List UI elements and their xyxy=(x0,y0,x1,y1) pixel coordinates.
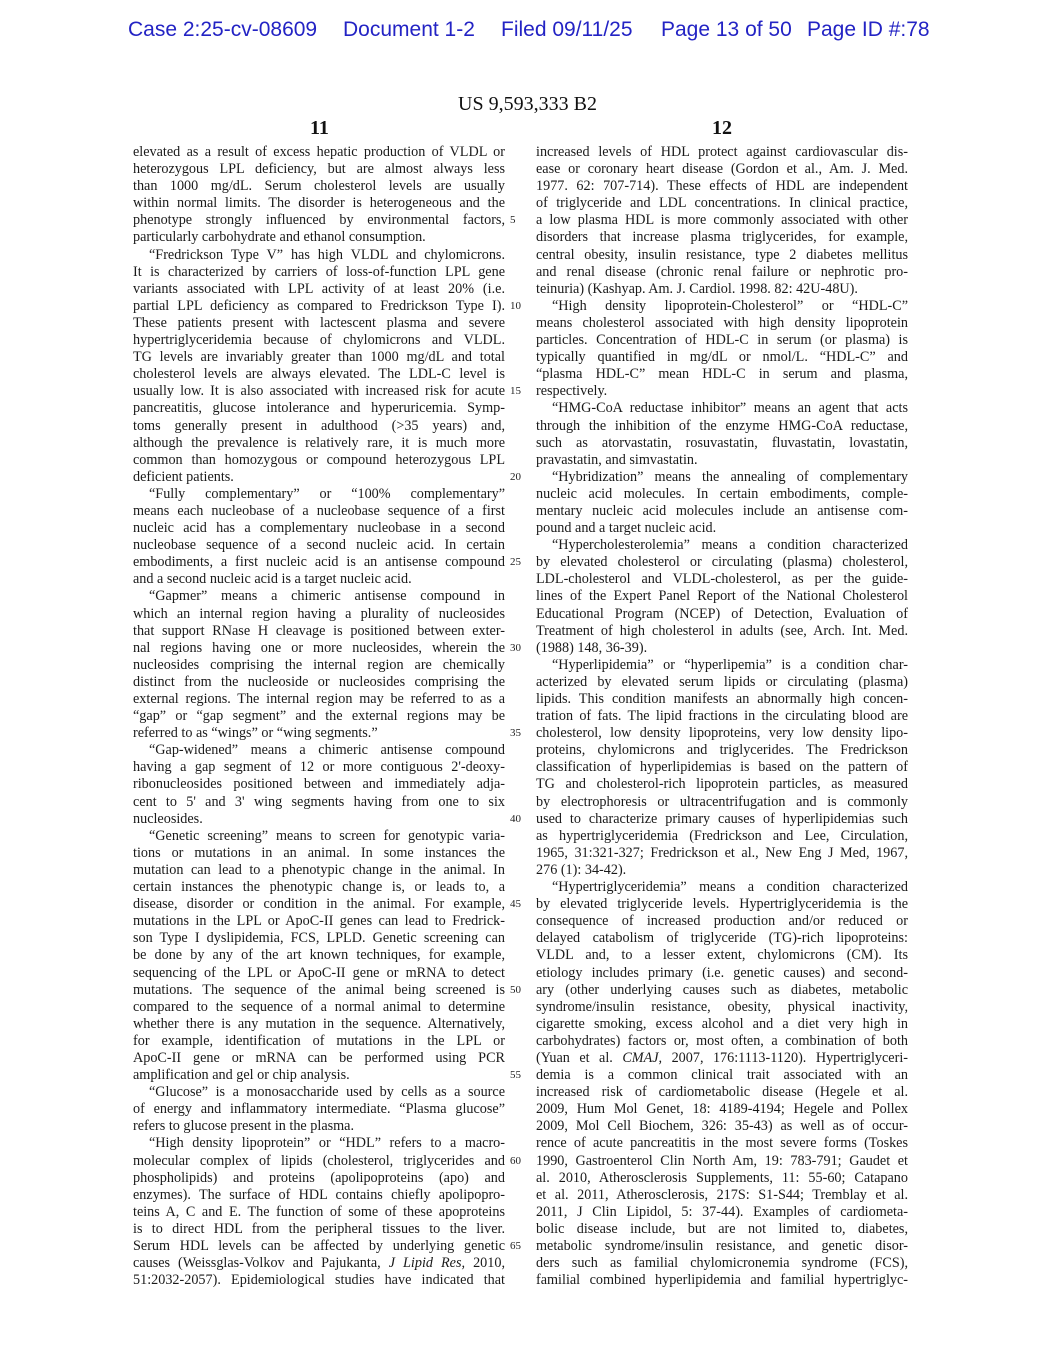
line-number: 40 xyxy=(510,813,521,825)
line-number: 45 xyxy=(510,898,521,910)
text-line: son Type I dyslipidemia, FCS, LPLD. Gene… xyxy=(133,930,505,947)
text-line: referred to as “wings” or “wing segments… xyxy=(133,725,505,742)
text-line: “High density lipoprotein-Cholesterol” o… xyxy=(536,298,908,315)
text-line: disorders that increase plasma triglycer… xyxy=(536,229,908,246)
text-line: molecular complex of lipids (cholesterol… xyxy=(133,1153,505,1170)
text-line: hypertriglyceridemia because of chylomic… xyxy=(133,332,505,349)
text-line: TG and cholesterol-rich lipoprotein part… xyxy=(536,776,908,793)
text-line: and renal disease (chronic renal failure… xyxy=(536,264,908,281)
text-line: teins A, C and E. The function of some o… xyxy=(133,1204,505,1221)
text-line: ribonucleosides positioned between and i… xyxy=(133,776,505,793)
text-line: delayed catabolism of triglyceride (TG)-… xyxy=(536,930,908,947)
text-line: 1977. 62: 707-714). These effects of HDL… xyxy=(536,178,908,195)
text-line: 1990, Gastroenterol Clin North Am, 19: 7… xyxy=(536,1153,908,1170)
text-line: et al. 2011, Atherosclerosis, 217S: S1-S… xyxy=(536,1187,908,1204)
text-line: disease, disorder or condition in the an… xyxy=(133,896,505,913)
text-line: mentary nucleic acid molecules include a… xyxy=(536,503,908,520)
text-line: mutations in the LPL or ApoC-II genes ca… xyxy=(133,913,505,930)
text-line: certain instances the phenotypic change … xyxy=(133,879,505,896)
text-line: “Fully complementary” or “100% complemen… xyxy=(133,486,505,503)
text-line: “Glucose” is a monosaccharide used by ce… xyxy=(133,1084,505,1101)
text-line: Treatment of high cholesterol in adults … xyxy=(536,623,908,640)
text-line: VLDL and, to a lesser extent, chylomicro… xyxy=(536,947,908,964)
text-line: syndrome/insulin resistance, obesity, ph… xyxy=(536,999,908,1016)
text-line: ease or coronary heart disease (Gordon e… xyxy=(536,161,908,178)
text-line: cigarette smoking, excess alcohol and a … xyxy=(536,1016,908,1033)
line-number: 5 xyxy=(510,214,516,226)
line-number: 20 xyxy=(510,471,521,483)
text-line: than 1000 mg/dL. Serum cholesterol level… xyxy=(133,178,505,195)
text-line: variants associated with LPL activity of… xyxy=(133,281,505,298)
text-line: by elevated cholesterol or circulating (… xyxy=(536,554,908,571)
text-line: lipids. This condition manifests an abno… xyxy=(536,691,908,708)
text-line: particles. Concentration of HDL-C in ser… xyxy=(536,332,908,349)
text-line: “HMG-CoA reductase inhibitor” means an a… xyxy=(536,400,908,417)
text-line: elevated as a result of excess hepatic p… xyxy=(133,144,505,161)
text-line: consequence of increased production and/… xyxy=(536,913,908,930)
text-line: external regions. The internal region ma… xyxy=(133,691,505,708)
text-line: such as atorvastatin, rosuvastatin, fluv… xyxy=(536,435,908,452)
text-line: ApoC-II gene or mRNA can be performed us… xyxy=(133,1050,505,1067)
text-line: proteins, chylomicrons and triglycerides… xyxy=(536,742,908,759)
text-line: pancreatitis, glucose intolerance and hy… xyxy=(133,400,505,417)
text-line: means each nucleobase of a nucleobase se… xyxy=(133,503,505,520)
text-line: a low plasma HDL is more commonly associ… xyxy=(536,212,908,229)
text-line: common than homozygous or compound heter… xyxy=(133,452,505,469)
text-line: etiology includes primary (i.e. genetic … xyxy=(536,965,908,982)
text-line: sequencing of the LPL or ApoC-II gene or… xyxy=(133,965,505,982)
text-line: mutations. The sequence of the animal be… xyxy=(133,982,505,999)
text-line: (Yuan et al. CMAJ, 2007, 176:1113-1120).… xyxy=(536,1050,908,1067)
text-line: familial combined hyperlipidemia and fam… xyxy=(536,1272,908,1289)
text-line: increased levels of HDL protect against … xyxy=(536,144,908,161)
text-line: “Hypercholesterolemia” means a condition… xyxy=(536,537,908,554)
text-line: is to direct HDL from the peripheral tis… xyxy=(133,1221,505,1238)
text-line: “Genetic screening” means to screen for … xyxy=(133,828,505,845)
filed-date: Filed 09/11/25 xyxy=(501,18,633,42)
line-number: 60 xyxy=(510,1155,521,1167)
text-line: LDL-cholesterol and VLDL-cholesterol, as… xyxy=(536,571,908,588)
text-line: teinuria) (Kashyap. Am. J. Cardiol. 1998… xyxy=(536,281,908,298)
text-line: It is characterized by carriers of loss-… xyxy=(133,264,505,281)
text-line: TG levels are invariably greater than 10… xyxy=(133,349,505,366)
line-number: 55 xyxy=(510,1069,521,1081)
text-line: compared to the sequence of a normal ani… xyxy=(133,999,505,1016)
text-line: demia is a common clinical trait associa… xyxy=(536,1067,908,1084)
text-line: mutation can lead to a phenotypic change… xyxy=(133,862,505,879)
line-number: 50 xyxy=(510,984,521,996)
text-line: phenotype strongly influenced by environ… xyxy=(133,212,505,229)
text-line: cholesterol, low density lipoproteins, v… xyxy=(536,725,908,742)
text-line: through the inhibition of the enzyme HMG… xyxy=(536,418,908,435)
text-line: amplification and gel or chip analysis. xyxy=(133,1067,505,1084)
text-line: that support RNase H cleavage is positio… xyxy=(133,623,505,640)
text-line: Serum HDL levels can be affected by unde… xyxy=(133,1238,505,1255)
text-line: having a gap segment of 12 or more conti… xyxy=(133,759,505,776)
text-line: be done by any of the art known techniqu… xyxy=(133,947,505,964)
text-line: tration of fats. The lipid fractions in … xyxy=(536,708,908,725)
text-line: nucleic acid has a complementary nucleob… xyxy=(133,520,505,537)
text-line: “Hypertriglyceridemia” means a condition… xyxy=(536,879,908,896)
text-line: lines of the Expert Panel Report of the … xyxy=(536,588,908,605)
text-line: partial LPL deficiency as compared to Fr… xyxy=(133,298,505,315)
line-number: 35 xyxy=(510,727,521,739)
left-text-column: elevated as a result of excess hepatic p… xyxy=(133,144,505,1289)
text-line: within normal limits. The disorder is he… xyxy=(133,195,505,212)
text-line: of triglyceride and LDL concentrations. … xyxy=(536,195,908,212)
line-number: 10 xyxy=(510,300,521,312)
text-line: pound and a target nucleic acid. xyxy=(536,520,908,537)
text-line: nal regions having one or more nucleosid… xyxy=(133,640,505,657)
text-line: toms generally present in adulthood (>35… xyxy=(133,418,505,435)
text-line: pravastatin, and simvastatin. xyxy=(536,452,908,469)
right-text-column: increased levels of HDL protect against … xyxy=(536,144,908,1289)
text-line: usually low. It is also associated with … xyxy=(133,383,505,400)
text-line: “Gap-widened” means a chimeric antisense… xyxy=(133,742,505,759)
text-line: acterized by elevated serum lipids or ci… xyxy=(536,674,908,691)
text-line: “High density lipoprotein” or “HDL” refe… xyxy=(133,1135,505,1152)
text-line: “Hybridization” means the annealing of c… xyxy=(536,469,908,486)
text-line: respectively. xyxy=(536,383,908,400)
text-line: nucleobase sequence of a second nucleic … xyxy=(133,537,505,554)
text-line: metabolic syndrome/insulin resistance, a… xyxy=(536,1238,908,1255)
line-number: 15 xyxy=(510,385,521,397)
line-number: 30 xyxy=(510,642,521,654)
text-line: al. 2010, Atherosclerosis Supplements, 1… xyxy=(536,1170,908,1187)
text-line: 2009, Hum Mol Genet, 18: 4189-4194; Hege… xyxy=(536,1101,908,1118)
text-line: 1965, 31:321-327; Fredrickson et al., Ne… xyxy=(536,845,908,862)
text-line: carbohydrates) factors or, most often, a… xyxy=(536,1033,908,1050)
text-line: 2011, J Clin Lipidol, 5: 37-44). Example… xyxy=(536,1204,908,1221)
text-line: which an internal region having a plural… xyxy=(133,606,505,623)
court-filing-header: Case 2:25-cv-08609 Document 1-2 Filed 09… xyxy=(128,18,938,48)
text-line: “Fredrickson Type V” has high VLDL and c… xyxy=(133,247,505,264)
text-line: bolic disease include, but are not limit… xyxy=(536,1221,908,1238)
text-line: nucleosides. xyxy=(133,811,505,828)
text-line: central obesity, insulin resistance, typ… xyxy=(536,247,908,264)
text-line: by electrophoresis or ultracentrifugatio… xyxy=(536,794,908,811)
text-line: means cholesterol associated with high d… xyxy=(536,315,908,332)
text-line: classification of hyperlipidemias is bas… xyxy=(536,759,908,776)
line-number: 25 xyxy=(510,556,521,568)
line-number: 65 xyxy=(510,1240,521,1252)
text-line: by elevated triglyceride levels. Hypertr… xyxy=(536,896,908,913)
text-line: enzymes). The surface of HDL contains ch… xyxy=(133,1187,505,1204)
text-line: nucleosides comprising the internal regi… xyxy=(133,657,505,674)
text-line: whether there is any mutation in the seq… xyxy=(133,1016,505,1033)
text-line: 276 (1): 34-42). xyxy=(536,862,908,879)
text-line: phospholipids) and proteins (apolipoprot… xyxy=(133,1170,505,1187)
text-line: ary (other underlying causes such as dia… xyxy=(536,982,908,999)
text-line: causes (Weissglas-Volkov and Pajukanta, … xyxy=(133,1255,505,1272)
document-number: Document 1-2 xyxy=(343,18,475,42)
text-line: increased risk of cardiometabolic diseas… xyxy=(536,1084,908,1101)
text-line: “Hyperlipidemia” or “hyperlipemia” is a … xyxy=(536,657,908,674)
text-line: as hypertriglyceridemia (Fredrickson and… xyxy=(536,828,908,845)
text-line: used to characterize primary causes of h… xyxy=(536,811,908,828)
text-line: deficient patients. xyxy=(133,469,505,486)
text-line: although the prevalence is relatively ra… xyxy=(133,435,505,452)
text-line: “plasma HDL-C” mean HDL-C in serum and p… xyxy=(536,366,908,383)
text-line: particularly carbohydrate and ethanol co… xyxy=(133,229,505,246)
text-line: heterozygous LPL deficiency, but are alm… xyxy=(133,161,505,178)
text-line: 2009, Mol Cell Biochem, 326: 35-43) as w… xyxy=(536,1118,908,1135)
text-line: cholesterol levels are always elevated. … xyxy=(133,366,505,383)
text-line: refers to glucose present in the plasma. xyxy=(133,1118,505,1135)
case-number: Case 2:25-cv-08609 xyxy=(128,18,317,42)
page-indicator: Page 13 of 50 xyxy=(661,18,792,42)
right-column-number: 12 xyxy=(712,117,732,140)
patent-number: US 9,593,333 B2 xyxy=(0,93,1055,116)
text-line: cent to 5' and 3' wing segments having f… xyxy=(133,794,505,811)
text-line: Educational Program (NCEP) of Detection,… xyxy=(536,606,908,623)
text-line: “gap” or “gap segment” and the external … xyxy=(133,708,505,725)
text-line: of energy and inflammatory intermediate.… xyxy=(133,1101,505,1118)
text-line: rence of acute pancreatitis in the most … xyxy=(536,1135,908,1152)
left-column-number: 11 xyxy=(310,117,329,140)
page-id: Page ID #:78 xyxy=(807,18,930,42)
text-line: distinct from the nucleoside or nucleosi… xyxy=(133,674,505,691)
text-line: and a second nucleic acid is a target nu… xyxy=(133,571,505,588)
text-line: 51:2032-2057). Epidemiological studies h… xyxy=(133,1272,505,1289)
text-line: nucleic acid molecules. In certain embod… xyxy=(536,486,908,503)
text-line: typically quantified in mg/dL or nmol/L.… xyxy=(536,349,908,366)
text-line: (1988) 148, 36-39). xyxy=(536,640,908,657)
text-line: ders such as familial chylomicronemia sy… xyxy=(536,1255,908,1272)
text-line: “Gapmer” means a chimeric antisense comp… xyxy=(133,588,505,605)
text-line: for example, identification of mutations… xyxy=(133,1033,505,1050)
text-line: These patients present with lactescent p… xyxy=(133,315,505,332)
text-line: embodiments, a first nucleic acid is an … xyxy=(133,554,505,571)
text-line: tions or mutations in an animal. In some… xyxy=(133,845,505,862)
